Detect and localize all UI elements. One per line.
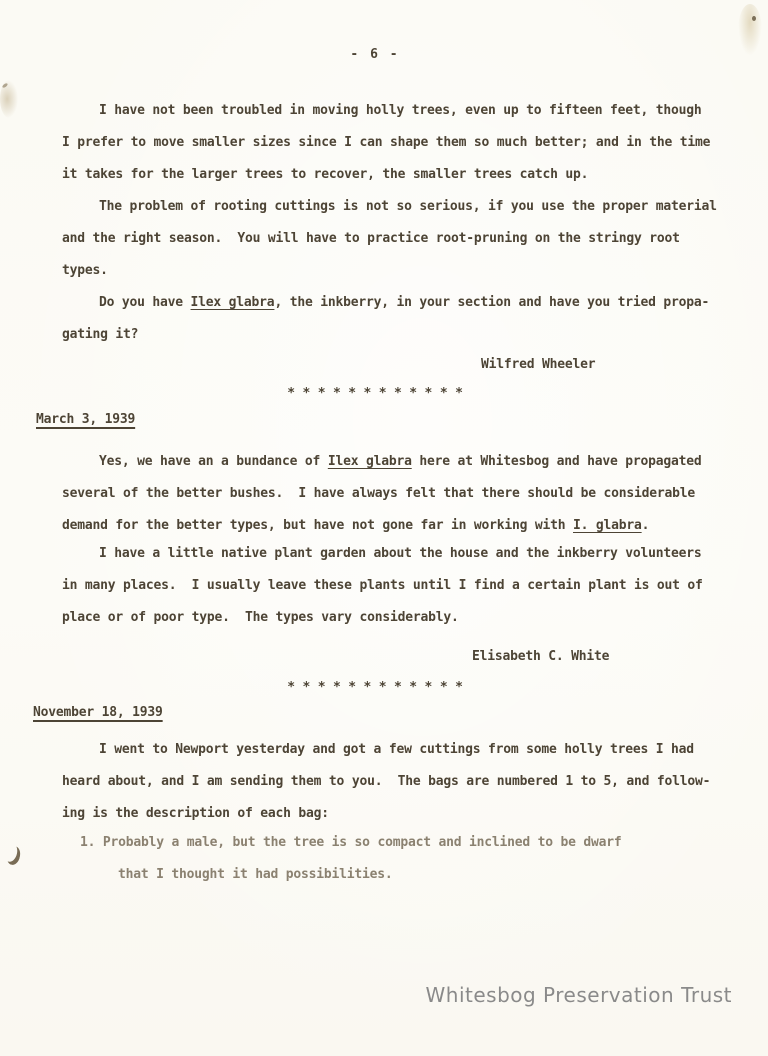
signature-elisabeth-c-white: Elisabeth C. White bbox=[472, 641, 609, 673]
page-number: - 6 - bbox=[0, 47, 750, 62]
paragraph-native-plant-garden: I have a little native plant garden abou… bbox=[62, 538, 742, 634]
text-line: it takes for the larger trees to recover… bbox=[62, 159, 742, 191]
paragraph-rooting-cuttings: The problem of rooting cuttings is not s… bbox=[62, 191, 742, 287]
paragraph-moving-holly-trees: I have not been troubled in moving holly… bbox=[62, 95, 742, 191]
text-line: several of the better bushes. I have alw… bbox=[62, 478, 742, 510]
scan-smudge-top-right bbox=[738, 4, 762, 56]
scan-mark-left-lower bbox=[5, 845, 22, 866]
date-heading-march-3-1939: March 3, 1939 bbox=[36, 404, 135, 436]
text-line: Yes, we have an a bundance of Ilex glabr… bbox=[62, 446, 742, 478]
list-item-bag-1: 1. Probably a male, but the tree is so c… bbox=[80, 827, 720, 891]
text-line: ing is the description of each bag: bbox=[62, 798, 742, 830]
watermark-whitesbog-preservation-trust: Whitesbog Preservation Trust bbox=[426, 983, 733, 1007]
text-line: 1. Probably a male, but the tree is so c… bbox=[80, 827, 720, 859]
text-line: I have not been troubled in moving holly… bbox=[62, 95, 742, 127]
scan-mark-left-upper bbox=[0, 80, 18, 118]
text-line: and the right season. You will have to p… bbox=[62, 223, 742, 255]
paragraph-abundance-ilex-glabra: Yes, we have an a bundance of Ilex glabr… bbox=[62, 446, 742, 542]
date-heading-november-18-1939: November 18, 1939 bbox=[33, 697, 163, 729]
text-line: in many places. I usually leave these pl… bbox=[62, 570, 742, 602]
signature-wilfred-wheeler: Wilfred Wheeler bbox=[481, 349, 595, 381]
text-line: that I thought it had possibilities. bbox=[80, 859, 720, 891]
text-line: The problem of rooting cuttings is not s… bbox=[62, 191, 742, 223]
text-line: Do you have Ilex glabra, the inkberry, i… bbox=[62, 287, 742, 319]
paragraph-newport-cuttings: I went to Newport yesterday and got a fe… bbox=[62, 734, 742, 830]
text-line: I went to Newport yesterday and got a fe… bbox=[62, 734, 742, 766]
text-line: gating it? bbox=[62, 319, 742, 351]
text-line: place or of poor type. The types vary co… bbox=[62, 602, 742, 634]
text-line: types. bbox=[62, 255, 742, 287]
text-line: I prefer to move smaller sizes since I c… bbox=[62, 127, 742, 159]
text-line: I have a little native plant garden abou… bbox=[62, 538, 742, 570]
paragraph-ilex-glabra-question: Do you have Ilex glabra, the inkberry, i… bbox=[62, 287, 742, 351]
text-line: heard about, and I am sending them to yo… bbox=[62, 766, 742, 798]
scanned-letter-page: - 6 - I have not been troubled in moving… bbox=[0, 0, 768, 1056]
